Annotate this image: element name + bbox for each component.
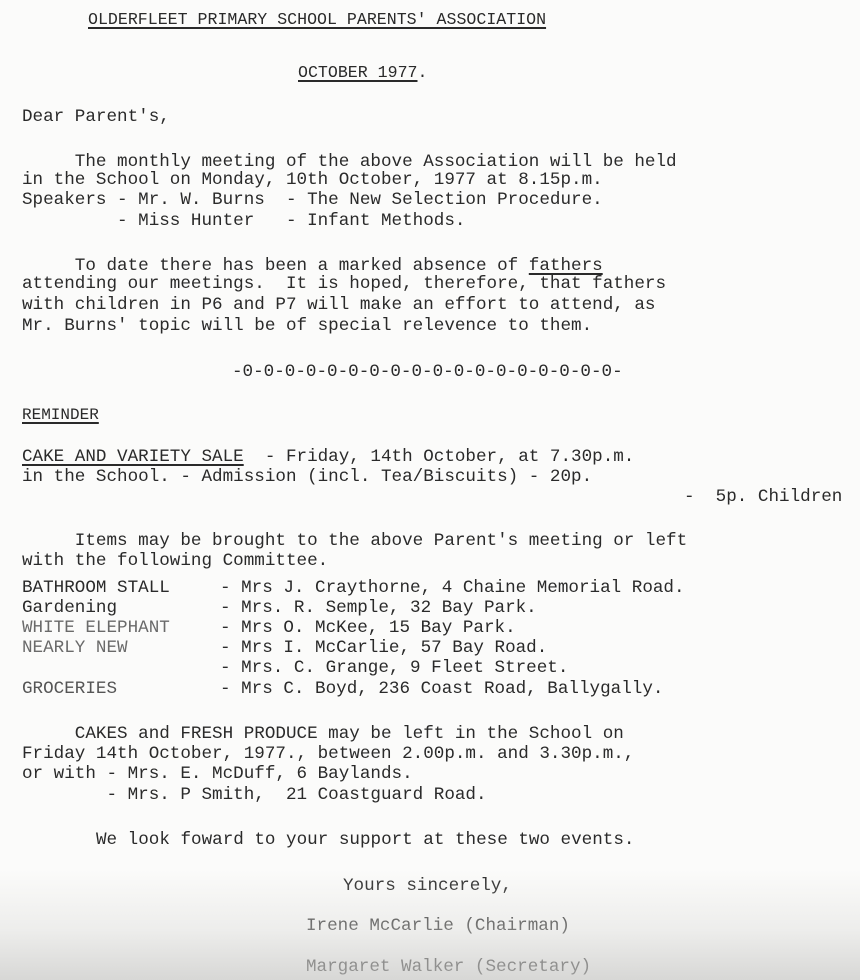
fathers-line-text: To date there has been a marked absence … [22, 256, 529, 276]
letter-date-period: . [418, 63, 428, 82]
letter-date-text: OCTOBER 1977 [298, 63, 418, 82]
sale-title: CAKE AND VARIETY SALE [22, 447, 244, 467]
divider: -0-0-0-0-0-0-0-0-0-0-0-0-0-0-0-0-0-0- [232, 362, 623, 382]
committee-stall: Gardening [22, 598, 117, 618]
fathers-line: with children in P6 and P7 will make an … [22, 295, 655, 315]
committee-contact: - Mrs. C. Grange, 9 Fleet Street. [220, 658, 568, 678]
fathers-line: Mr. Burns' topic will be of special rele… [22, 316, 592, 336]
letter-date: OCTOBER 1977. [298, 63, 427, 83]
sale-children-price: - 5p. Children [684, 487, 842, 507]
produce-line: CAKES and FRESH PRODUCE may be left in t… [22, 724, 624, 744]
sale-line: in the School. - Admission (incl. Tea/Bi… [22, 467, 592, 487]
meeting-line: in the School on Monday, 10th October, 1… [22, 170, 603, 190]
committee-contact: - Mrs J. Craythorne, 4 Chaine Memorial R… [220, 578, 685, 598]
committee-stall: GROCERIES [22, 679, 117, 699]
letter-page: OLDERFLEET PRIMARY SCHOOL PARENTS' ASSOC… [0, 0, 860, 980]
signoff: Yours sincerely, [343, 876, 512, 896]
committee-stall: BATHROOM STALL [22, 578, 170, 598]
produce-line: Friday 14th October, 1977., between 2.00… [22, 744, 634, 764]
meeting-speaker-line: Speakers - Mr. W. Burns - The New Select… [22, 190, 603, 210]
meeting-line: The monthly meeting of the above Associa… [22, 152, 677, 172]
fathers-line: attending our meetings. It is hoped, the… [22, 274, 666, 294]
produce-line: - Mrs. P Smith, 21 Coastguard Road. [22, 785, 487, 805]
signatory-chairman: Irene McCarlie (Chairman) [306, 916, 570, 936]
items-line: with the following Committee. [22, 551, 328, 571]
meeting-speaker-line: - Miss Hunter - Infant Methods. [22, 211, 465, 231]
committee-contact: - Mrs. R. Semple, 32 Bay Park. [220, 598, 537, 618]
committee-stall: WHITE ELEPHANT [22, 618, 170, 638]
committee-contact: - Mrs O. McKee, 15 Bay Park. [220, 618, 516, 638]
letter-title: OLDERFLEET PRIMARY SCHOOL PARENTS' ASSOC… [88, 10, 546, 30]
produce-line: or with - Mrs. E. McDuff, 6 Baylands. [22, 764, 413, 784]
committee-contact: - Mrs C. Boyd, 236 Coast Road, Ballygall… [220, 679, 663, 699]
items-line: Items may be brought to the above Parent… [22, 531, 687, 551]
fathers-emphasis: fathers [529, 256, 603, 276]
fathers-line: To date there has been a marked absence … [22, 256, 603, 276]
committee-stall: NEARLY NEW [22, 638, 128, 658]
closing-line: We look foward to your support at these … [96, 830, 634, 850]
signatory-secretary: Margaret Walker (Secretary) [306, 957, 591, 977]
sale-details: - Friday, 14th October, at 7.30p.m. [244, 447, 635, 467]
salutation: Dear Parent's, [22, 107, 170, 127]
committee-contact: - Mrs I. McCarlie, 57 Bay Road. [220, 638, 547, 658]
reminder-heading: REMINDER [22, 405, 99, 425]
sale-line: CAKE AND VARIETY SALE - Friday, 14th Oct… [22, 447, 634, 467]
